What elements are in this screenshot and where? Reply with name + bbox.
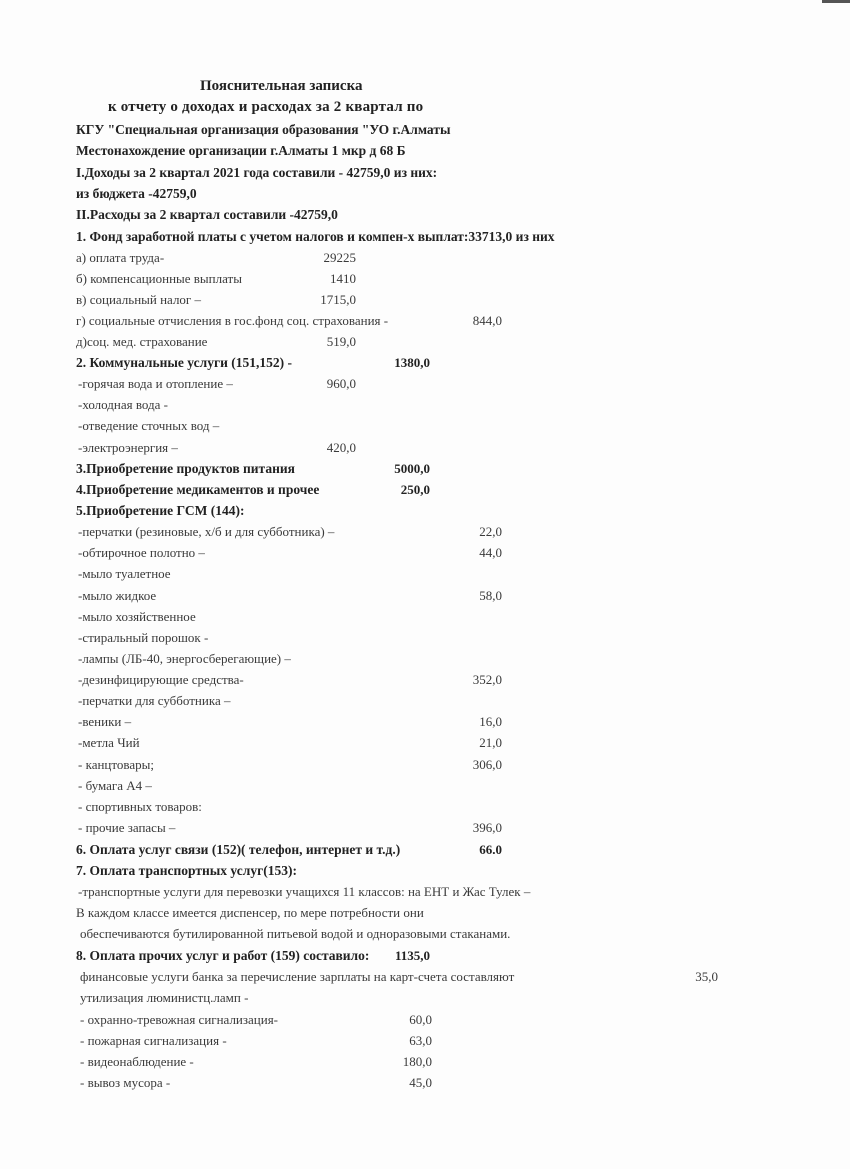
section-8-total: 1135,0 <box>370 948 430 964</box>
list-item-label: - прочие запасы – <box>78 820 175 836</box>
list-item-value: 21,0 <box>440 735 502 751</box>
list-item-label: -мыло жидкое <box>78 588 156 604</box>
list-item-value: 29225 <box>296 250 356 266</box>
list-item-value: 306,0 <box>440 757 502 773</box>
list-item-label: -мыло хозяйственное <box>78 609 196 625</box>
list-item-label: -перчатки (резиновые, х/б и для субботни… <box>78 524 334 540</box>
section-6-total: 66.0 <box>440 842 502 858</box>
list-item-label: утилизация люминистц.ламп - <box>80 990 248 1006</box>
bank-fee-value: 35,0 <box>660 969 718 985</box>
list-item-label: -горячая вода и отопление – <box>78 376 233 392</box>
list-item-label: - видеонаблюдение - <box>80 1054 194 1070</box>
list-item-label: д)соц. мед. страхование <box>76 334 207 350</box>
list-item-value: 44,0 <box>440 545 502 561</box>
list-item-value: 16,0 <box>440 714 502 730</box>
section-5-title: 5.Приобретение ГСМ (144): <box>76 503 244 519</box>
bank-fee-label: финансовые услуги банка за перечисление … <box>80 969 514 985</box>
paragraph-line: -транспортные услуги для перевозки учащи… <box>78 884 530 900</box>
paragraph-line: обеспечиваются бутилированной питьевой в… <box>80 926 510 942</box>
section-3-title: 3.Приобретение продуктов питания <box>76 461 295 477</box>
section-4-total: 250,0 <box>370 482 430 498</box>
section-3-total: 5000,0 <box>370 461 430 477</box>
list-item-label: - вывоз мусора - <box>80 1075 170 1091</box>
section-2-total: 1380,0 <box>370 355 430 371</box>
list-item-label: -веники – <box>78 714 131 730</box>
list-item-label: -холодная вода - <box>78 397 168 413</box>
section-6-title: 6. Оплата услуг связи (152)( телефон, ин… <box>76 842 400 858</box>
list-item-label: -метла Чий <box>78 735 140 751</box>
list-item-label: -стиральный порошок - <box>78 630 208 646</box>
list-item-value: 844,0 <box>440 313 502 329</box>
list-item-label: - канцтовары; <box>78 757 154 773</box>
list-item-label: -мыло туалетное <box>78 566 171 582</box>
list-item-label: -обтирочное полотно – <box>78 545 205 561</box>
list-item-value: 1410 <box>296 271 356 287</box>
list-item-label: -дезинфицирующие средства- <box>78 672 244 688</box>
income-from-budget: из бюджета -42759,0 <box>76 186 197 202</box>
list-item-value: 519,0 <box>296 334 356 350</box>
list-item-label: - бумага А4 – <box>78 778 152 794</box>
scan-artifact <box>822 0 850 3</box>
list-item-value: 960,0 <box>296 376 356 392</box>
list-item-value: 60,0 <box>372 1012 432 1028</box>
section-1-title: 1. Фонд заработной платы с учетом налого… <box>76 229 555 245</box>
list-item-label: -отведение сточных вод – <box>78 418 219 434</box>
list-item-label: -перчатки для субботника – <box>78 693 230 709</box>
list-item-label: - пожарная сигнализация - <box>80 1033 227 1049</box>
list-item-label: б) компенсационные выплаты <box>76 271 242 287</box>
document-page: Пояснительная записка к отчету о доходах… <box>0 0 850 1169</box>
list-item-value: 45,0 <box>372 1075 432 1091</box>
list-item-label: в) социальный налог – <box>76 292 201 308</box>
list-item-value: 58,0 <box>440 588 502 604</box>
list-item-label: г) социальные отчисления в гос.фонд соц.… <box>76 313 388 329</box>
paragraph-line: В каждом классе имеется диспенсер, по ме… <box>76 905 424 921</box>
list-item-label: - спортивных товаров: <box>78 799 202 815</box>
income-summary: I.Доходы за 2 квартал 2021 года составил… <box>76 165 437 181</box>
organization-location: Местонахождение организации г.Алматы 1 м… <box>76 143 406 159</box>
section-7-title: 7. Оплата транспортных услуг(153): <box>76 863 297 879</box>
list-item-label: -лампы (ЛБ-40, энергосберегающие) – <box>78 651 291 667</box>
list-item-label: а) оплата труда- <box>76 250 164 266</box>
list-item-label: -электроэнергия – <box>78 440 178 456</box>
list-item-value: 180,0 <box>372 1054 432 1070</box>
document-title: Пояснительная записка <box>200 78 363 94</box>
section-2-title: 2. Коммунальные услуги (151,152) - <box>76 355 292 371</box>
list-item-value: 63,0 <box>372 1033 432 1049</box>
list-item-value: 1715,0 <box>296 292 356 308</box>
document-subtitle: к отчету о доходах и расходах за 2 кварт… <box>108 99 423 115</box>
section-8-title: 8. Оплата прочих услуг и работ (159) сос… <box>76 948 369 964</box>
section-4-title: 4.Приобретение медикаментов и прочее <box>76 482 319 498</box>
list-item-value: 22,0 <box>440 524 502 540</box>
list-item-label: - охранно-тревожная сигнализация- <box>80 1012 278 1028</box>
expenses-summary: II.Расходы за 2 квартал составили -42759… <box>76 207 338 223</box>
list-item-value: 352,0 <box>440 672 502 688</box>
organization-name: КГУ "Специальная организация образования… <box>76 122 451 138</box>
list-item-value: 420,0 <box>296 440 356 456</box>
list-item-value: 396,0 <box>440 820 502 836</box>
